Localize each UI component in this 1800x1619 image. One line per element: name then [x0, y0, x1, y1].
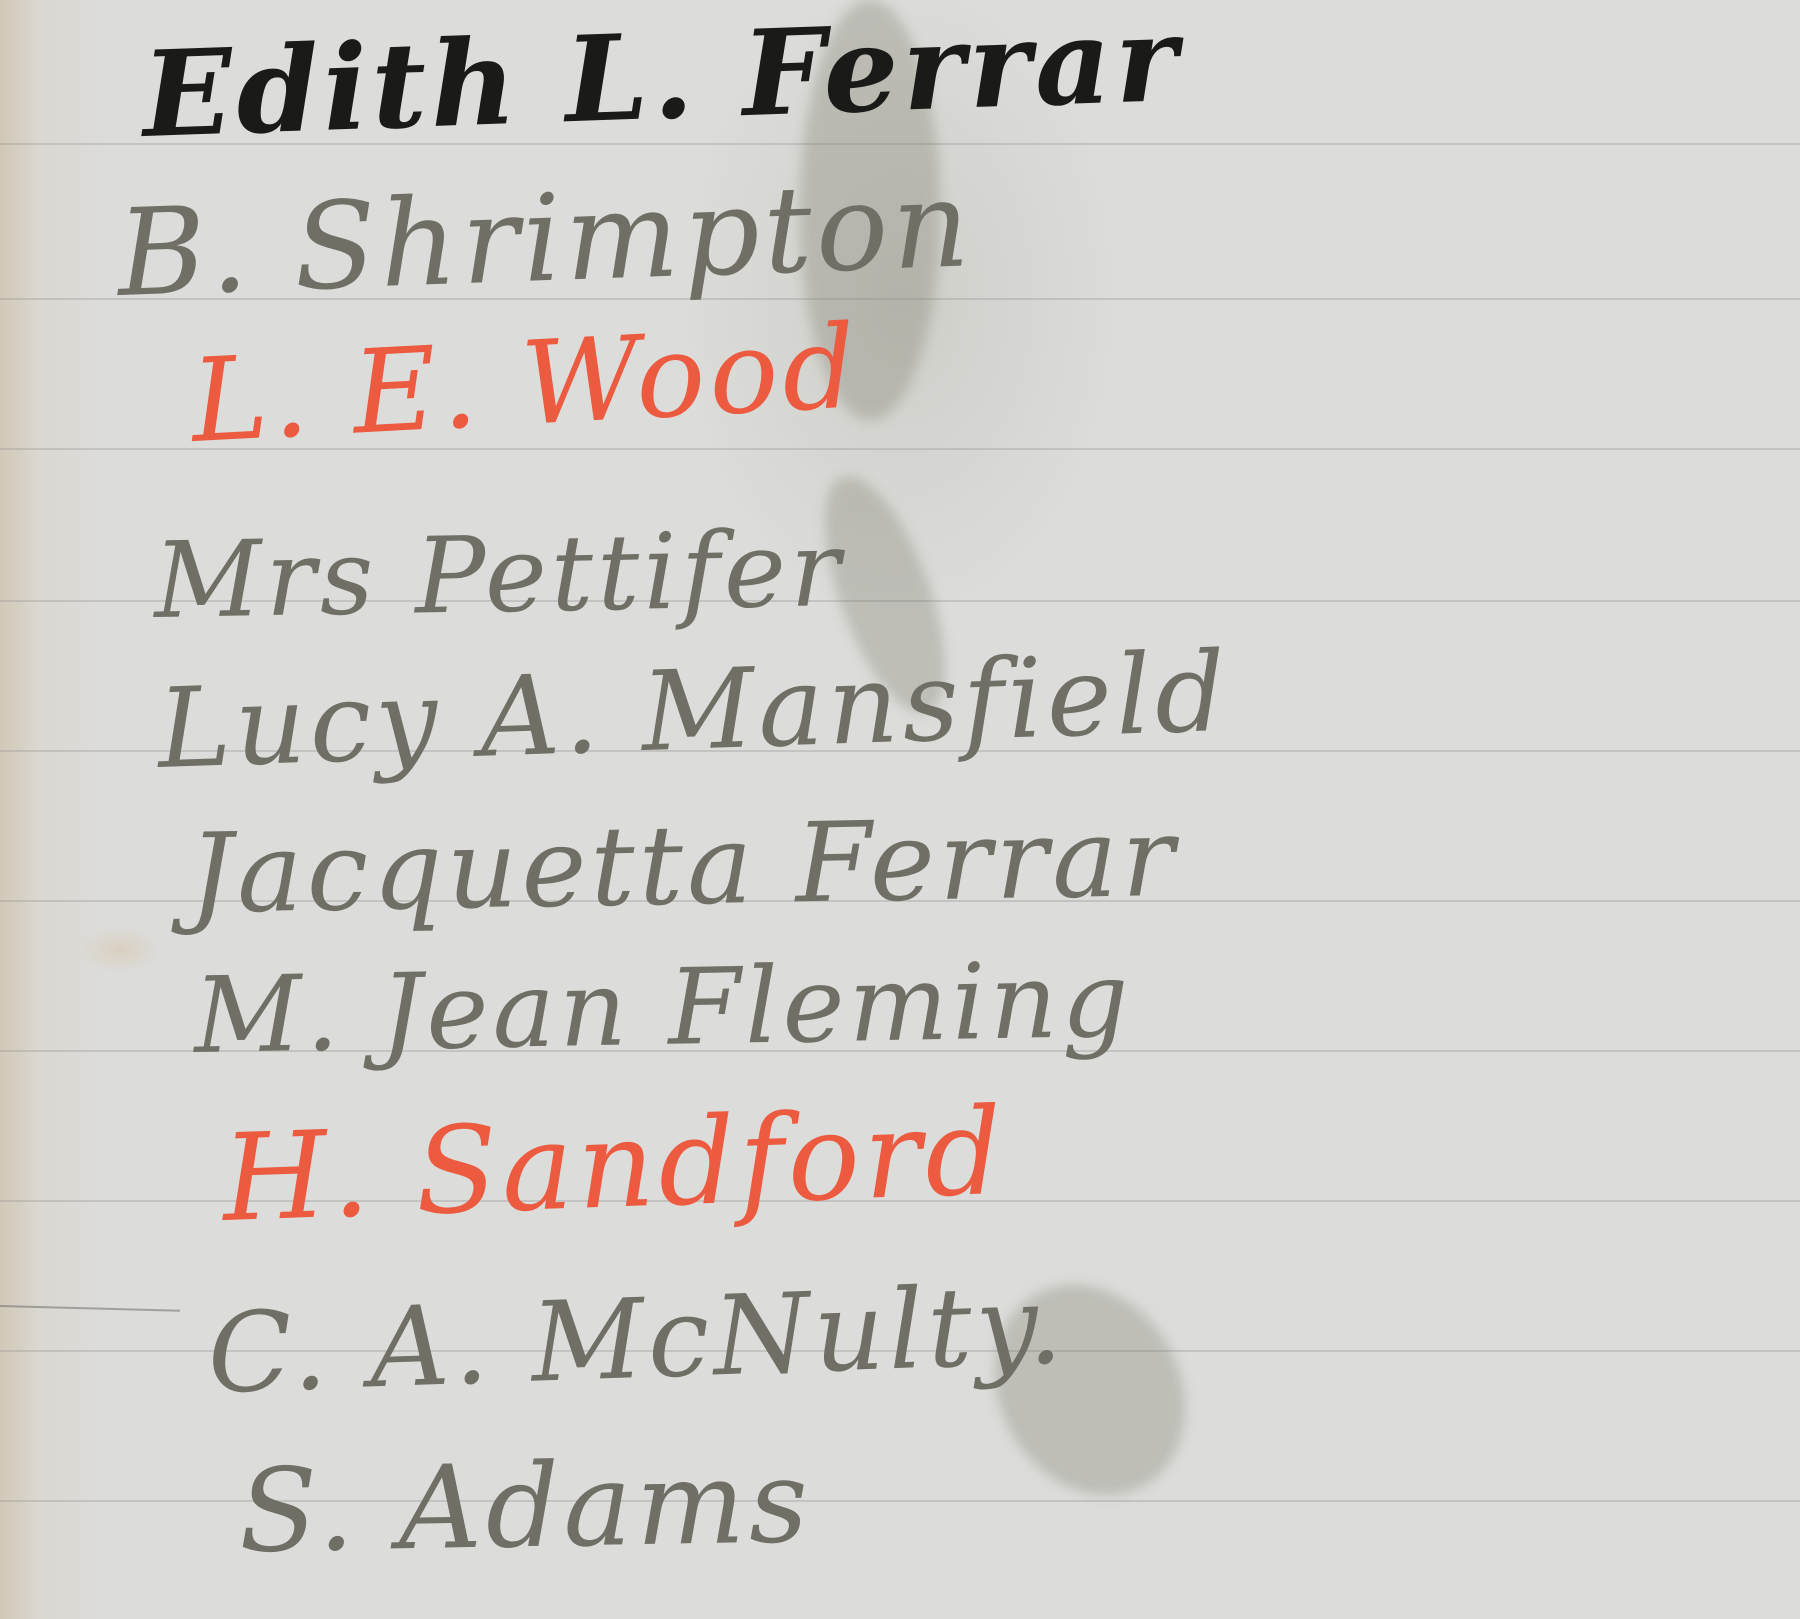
signature-8: H. Sandford: [220, 1083, 1008, 1249]
signature-1: Edith L. Ferrar: [140, 0, 1183, 164]
signature-7: M. Jean Fleming: [193, 939, 1134, 1077]
document-page: Edith L. Ferrar B. Shrimpton L. E. Wood …: [0, 0, 1800, 1619]
signature-6: Jacquetta Ferrar: [188, 793, 1179, 938]
signature-9: C. A. McNulty.: [206, 1260, 1069, 1418]
signature-10: S. Adams: [238, 1435, 813, 1579]
paper-crease: [0, 1305, 180, 1312]
signature-3: L. E. Wood: [188, 300, 863, 469]
signature-5: Lucy A. Mansfield: [156, 628, 1232, 793]
signature-4: Mrs Pettifer: [153, 508, 845, 642]
